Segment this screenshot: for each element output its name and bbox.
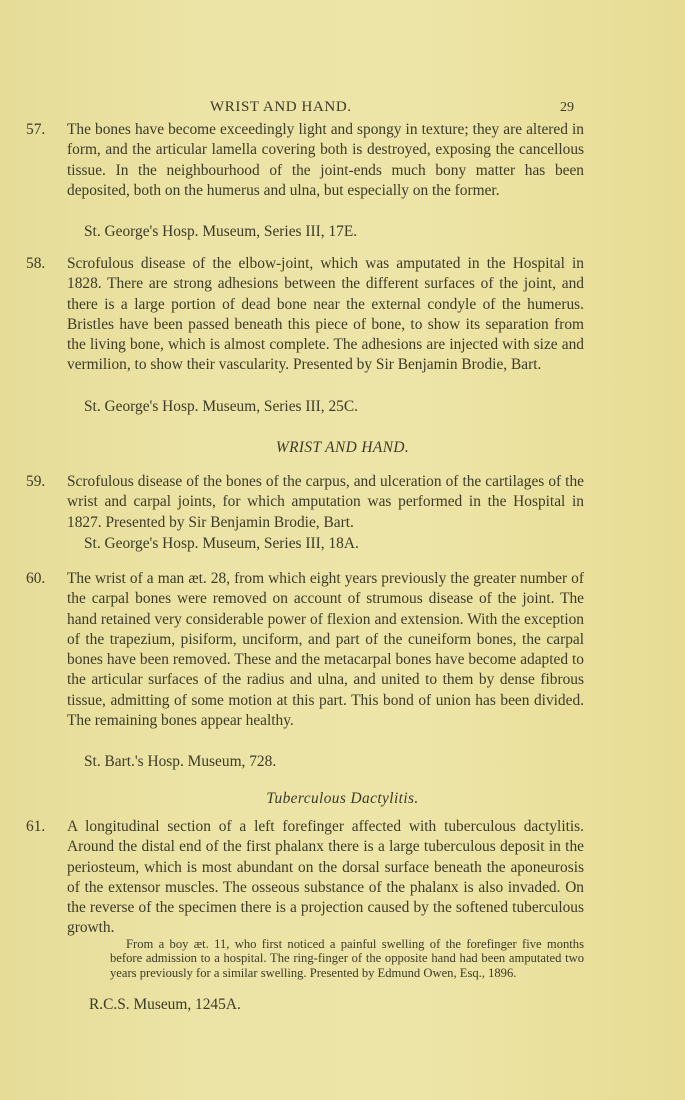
entry-60: 60. The wrist of a man æt. 28, from whic…	[26, 569, 584, 731]
entry-text: The bones have become exceedingly light …	[67, 120, 584, 201]
entry-59: 59. Scrofulous disease of the bones of t…	[26, 472, 584, 533]
entry-number: 60.	[26, 569, 45, 589]
entry-source: R.C.S. Museum, 1245A.	[89, 995, 241, 1015]
entry-58: 58. Scrofulous disease of the elbow-join…	[26, 254, 584, 376]
entry-number: 61.	[26, 817, 45, 837]
entry-text: The wrist of a man æt. 28, from which ei…	[67, 569, 584, 731]
entry-number: 59.	[26, 472, 45, 492]
entry-text: Scrofulous disease of the elbow-joint, w…	[67, 254, 584, 376]
entry-source: St. George's Hosp. Museum, Series III, 1…	[84, 534, 359, 554]
entry-text: Scrofulous disease of the bones of the c…	[67, 472, 584, 533]
page-number: 29	[560, 100, 574, 116]
section-heading-wrist-and-hand: WRIST AND HAND.	[0, 439, 685, 457]
running-title: WRIST AND HAND.	[210, 99, 352, 116]
running-head: WRIST AND HAND. 29	[0, 99, 685, 119]
entry-note: From a boy æt. 11, who first noticed a p…	[110, 937, 584, 980]
entry-source: St. George's Hosp. Museum, Series III, 1…	[84, 222, 357, 242]
entry-source: St. George's Hosp. Museum, Series III, 2…	[84, 397, 358, 417]
entry-note-text: From a boy æt. 11, who first noticed a p…	[110, 937, 584, 980]
entry-61: 61. A longitudinal section of a left for…	[26, 817, 584, 939]
entry-text: A longitudinal section of a left forefin…	[67, 817, 584, 939]
entry-number: 58.	[26, 254, 45, 274]
entry-source: St. Bart.'s Hosp. Museum, 728.	[84, 752, 276, 772]
entry-number: 57.	[26, 120, 45, 140]
book-page: WRIST AND HAND. 29 57. The bones have be…	[0, 0, 685, 1100]
entry-57: 57. The bones have become exceedingly li…	[26, 120, 584, 201]
section-heading-tuberculous-dactylitis: Tuberculous Dactylitis.	[0, 790, 685, 808]
